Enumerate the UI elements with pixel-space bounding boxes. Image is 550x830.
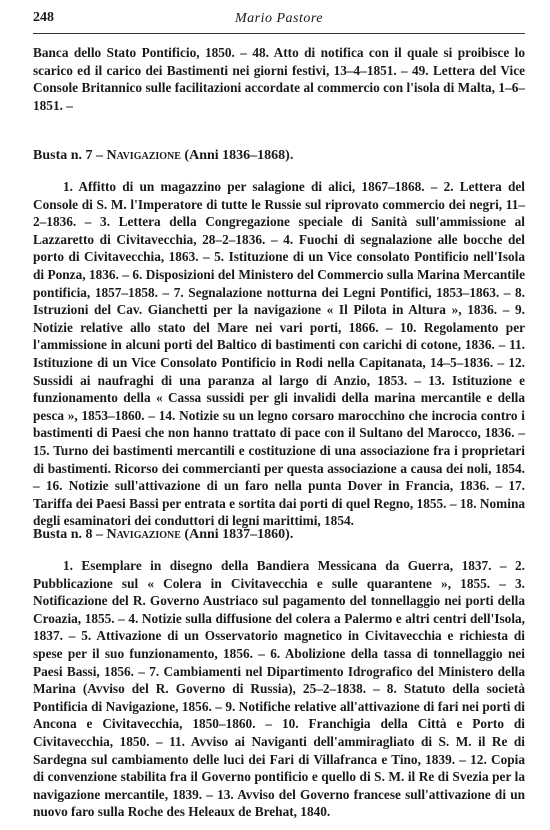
heading-title: Navigazione: [107, 148, 181, 163]
section-heading-busta-8: Busta n. 8 – Navigazione (Anni 1837–1860…: [33, 527, 293, 543]
page-header: 248 Mario Pastore: [33, 10, 525, 32]
section-body-busta-8: 1. Esemplare in disegno della Bandiera M…: [33, 557, 525, 821]
section-body-busta-7: 1. Affitto di un magazzino per salagione…: [33, 178, 525, 530]
heading-suffix: (Anni 1836–1868).: [181, 148, 293, 163]
heading-suffix: (Anni 1837–1860).: [181, 527, 293, 542]
heading-prefix: Busta n. 8 –: [33, 527, 107, 542]
intro-paragraph: Banca dello Stato Pontificio, 1850. – 48…: [33, 44, 525, 114]
heading-title: Navigazione: [107, 527, 181, 542]
running-head: Mario Pastore: [33, 11, 525, 27]
heading-prefix: Busta n. 7 –: [33, 148, 107, 163]
header-rule: [33, 33, 525, 34]
section-heading-busta-7: Busta n. 7 – Navigazione (Anni 1836–1868…: [33, 148, 293, 164]
